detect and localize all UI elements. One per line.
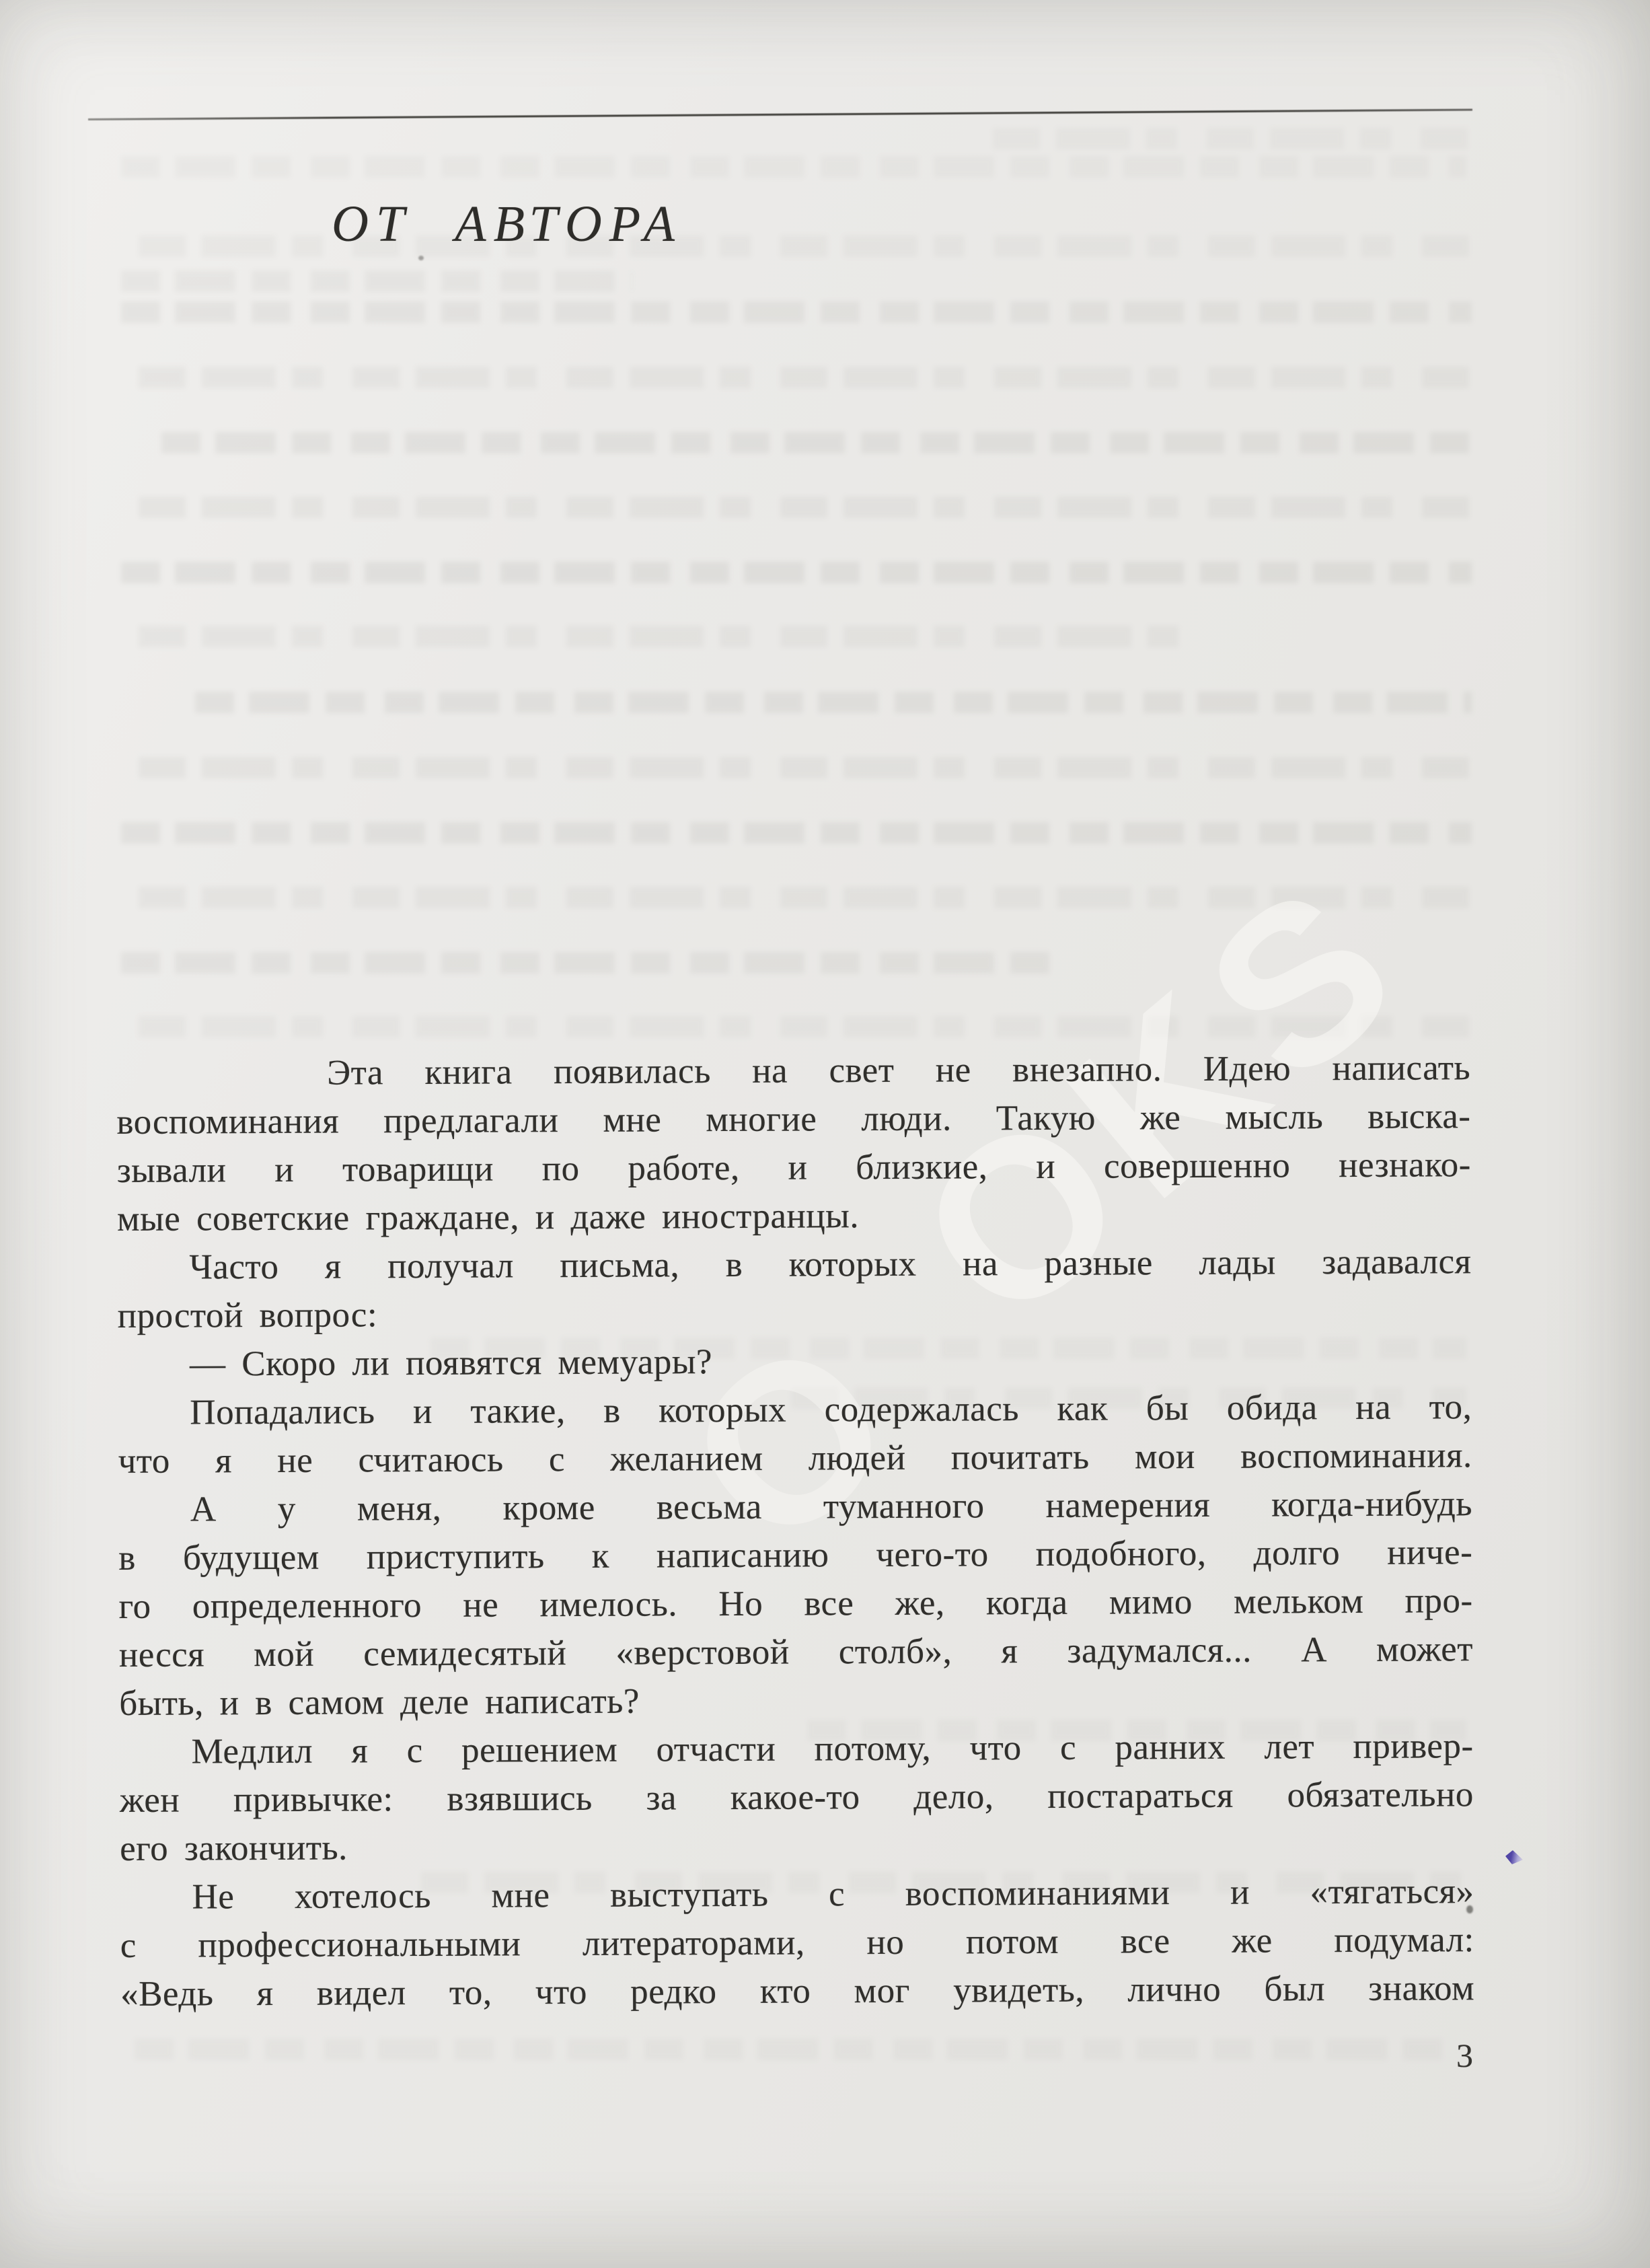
ghost-text-row [161, 432, 1472, 453]
text-line: А у меня, кроме весьма туманного намерен… [118, 1479, 1472, 1534]
ghost-text-row [121, 952, 1063, 974]
scanned-book-page: { "doc": { "heading": "ОТ АВТОРА", "page… [0, 0, 1650, 2268]
ghost-text-row [121, 497, 1472, 518]
text-line: простой вопрос: [118, 1286, 1472, 1340]
ghost-text-row [195, 692, 1472, 713]
ghost-text-row [975, 128, 1473, 149]
ghost-text-row [121, 626, 1197, 647]
paper-speck [418, 256, 424, 260]
text-line: Попадались и такие, в которых содержалас… [118, 1383, 1472, 1437]
text-line: с профессиональными литераторами, но пот… [120, 1915, 1474, 1970]
text-line: что я не считаюсь с желанием людей почит… [118, 1431, 1472, 1486]
text-line: жен привычке: взявшись за какое-то дело,… [120, 1770, 1474, 1825]
ghost-text-row [121, 156, 1466, 178]
ghost-text-row [121, 757, 1472, 778]
ghost-text-row [121, 270, 632, 292]
text-line: зывали и товарищи по работе, и близкие, … [117, 1140, 1471, 1195]
blue-ink-mark [1505, 1850, 1523, 1864]
text-line: Не хотелось мне выступать с воспоминания… [120, 1867, 1474, 1922]
ghost-text-row [121, 301, 1472, 323]
text-line: воспоминания предлагали мне многие люди.… [116, 1092, 1470, 1146]
text-line: Эта книга появилась на свет не внезапно.… [116, 1044, 1470, 1098]
paper-speck [1466, 1905, 1473, 1913]
text-line: несся мой семидесятый «верстовой столб»,… [119, 1625, 1473, 1679]
chapter-heading: ОТ АВТОРА [332, 194, 682, 254]
page-number: 3 [1339, 2036, 1473, 2075]
text-line: — Скоро ли появятся мемуары? [118, 1334, 1472, 1389]
text-line: Медлил я с решением отчасти потому, что … [119, 1722, 1473, 1776]
text-line: быть, и в самом деле написать? [119, 1673, 1473, 1728]
top-rule [88, 109, 1472, 120]
text-line: его закончить. [120, 1819, 1474, 1873]
body-text: Эта книга появилась на свет не внезапно.… [116, 1044, 1474, 2018]
text-line: в будущем приступить к написанию чего-то… [118, 1528, 1472, 1582]
text-line: «Ведь я видел то, что редко кто мог увид… [120, 1964, 1474, 2018]
text-line: го определенного не имелось. Но все же, … [118, 1576, 1472, 1631]
ghost-text-row [121, 562, 1472, 583]
text-line: мые советские граждане, и даже иностранц… [117, 1189, 1471, 1243]
ghost-text-row [121, 367, 1472, 388]
ghost-text-row [121, 235, 1472, 257]
ghost-text-row [135, 2039, 1453, 2060]
text-line: Часто я получал письма, в которых на раз… [117, 1237, 1471, 1292]
